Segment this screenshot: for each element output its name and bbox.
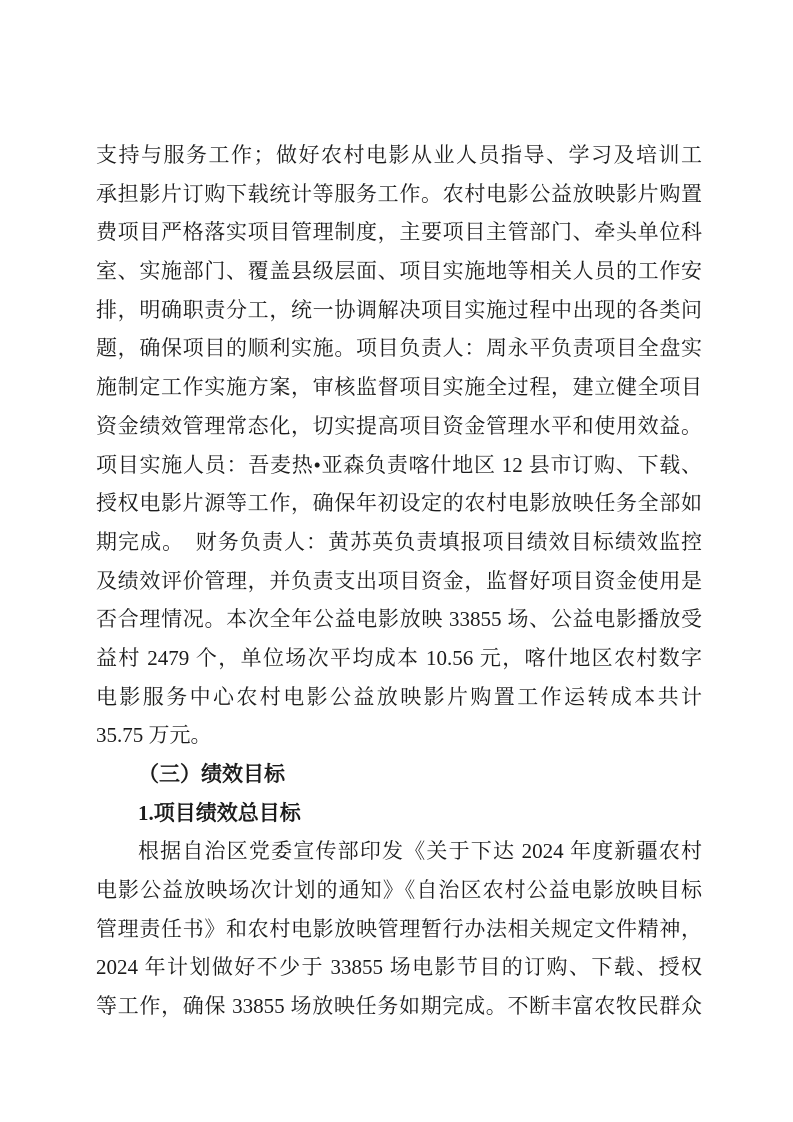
text-line: 承担影片订购下载统计等服务工作。农村电影公益放映影片购置 [96, 175, 702, 214]
text-line: 期完成。 财务负责人：黄苏英负责填报项目绩效目标绩效监控 [96, 523, 702, 562]
text-line: 电影公益放映场次计划的通知》《自治区农村公益电影放映目标 [96, 871, 702, 910]
text-line: 施制定工作实施方案，审核监督项目实施全过程，建立健全项目 [96, 368, 702, 407]
text-line: 2024 年计划做好不少于 33855 场电影节目的订购、下载、授权 [96, 948, 702, 987]
document-text-block: 支持与服务工作；做好农村电影从业人员指导、学习及培训工作； 承担影片订购下载统计… [96, 136, 702, 1026]
text-line: 排，明确职责分工，统一协调解决项目实施过程中出现的各类问 [96, 291, 702, 330]
text-line: 及绩效评价管理，并负责支出项目资金，监督好项目资金使用是 [96, 562, 702, 601]
text-line: 支持与服务工作；做好农村电影从业人员指导、学习及培训工作； [96, 136, 702, 175]
text-line: 项目实施人员：吾麦热•亚森负责喀什地区 12 县市订购、下载、 [96, 446, 702, 485]
text-line: 授权电影片源等工作，确保年初设定的农村电影放映任务全部如 [96, 484, 702, 523]
text-line: 管理责任书》和农村电影放映管理暂行办法相关规定文件精神， [96, 910, 702, 949]
text-line: 根据自治区党委宣传部印发《关于下达 2024 年度新疆农村 [96, 832, 702, 871]
text-line: 题，确保项目的顺利实施。项目负责人：周永平负责项目全盘实 [96, 329, 702, 368]
text-line: 电影服务中心农村电影公益放映影片购置工作运转成本共计 [96, 678, 702, 717]
text-line: 35.75 万元。 [96, 716, 702, 755]
text-line: 益村 2479 个，单位场次平均成本 10.56 元，喀什地区农村数字 [96, 639, 702, 678]
text-line: 费项目严格落实项目管理制度，主要项目主管部门、牵头单位科 [96, 213, 702, 252]
text-line: 室、实施部门、覆盖县级层面、项目实施地等相关人员的工作安 [96, 252, 702, 291]
section-heading: （三）绩效目标 [96, 755, 702, 794]
text-line: 等工作，确保 33855 场放映任务如期完成。不断丰富农牧民群众 [96, 987, 702, 1026]
text-line: 否合理情况。本次全年公益电影放映 33855 场、公益电影播放受 [96, 600, 702, 639]
document-page: 支持与服务工作；做好农村电影从业人员指导、学习及培训工作； 承担影片订购下载统计… [0, 0, 793, 1122]
text-line: 资金绩效管理常态化，切实提高项目资金管理水平和使用效益。 [96, 407, 702, 446]
subsection-heading: 1.项目绩效总目标 [96, 794, 702, 833]
